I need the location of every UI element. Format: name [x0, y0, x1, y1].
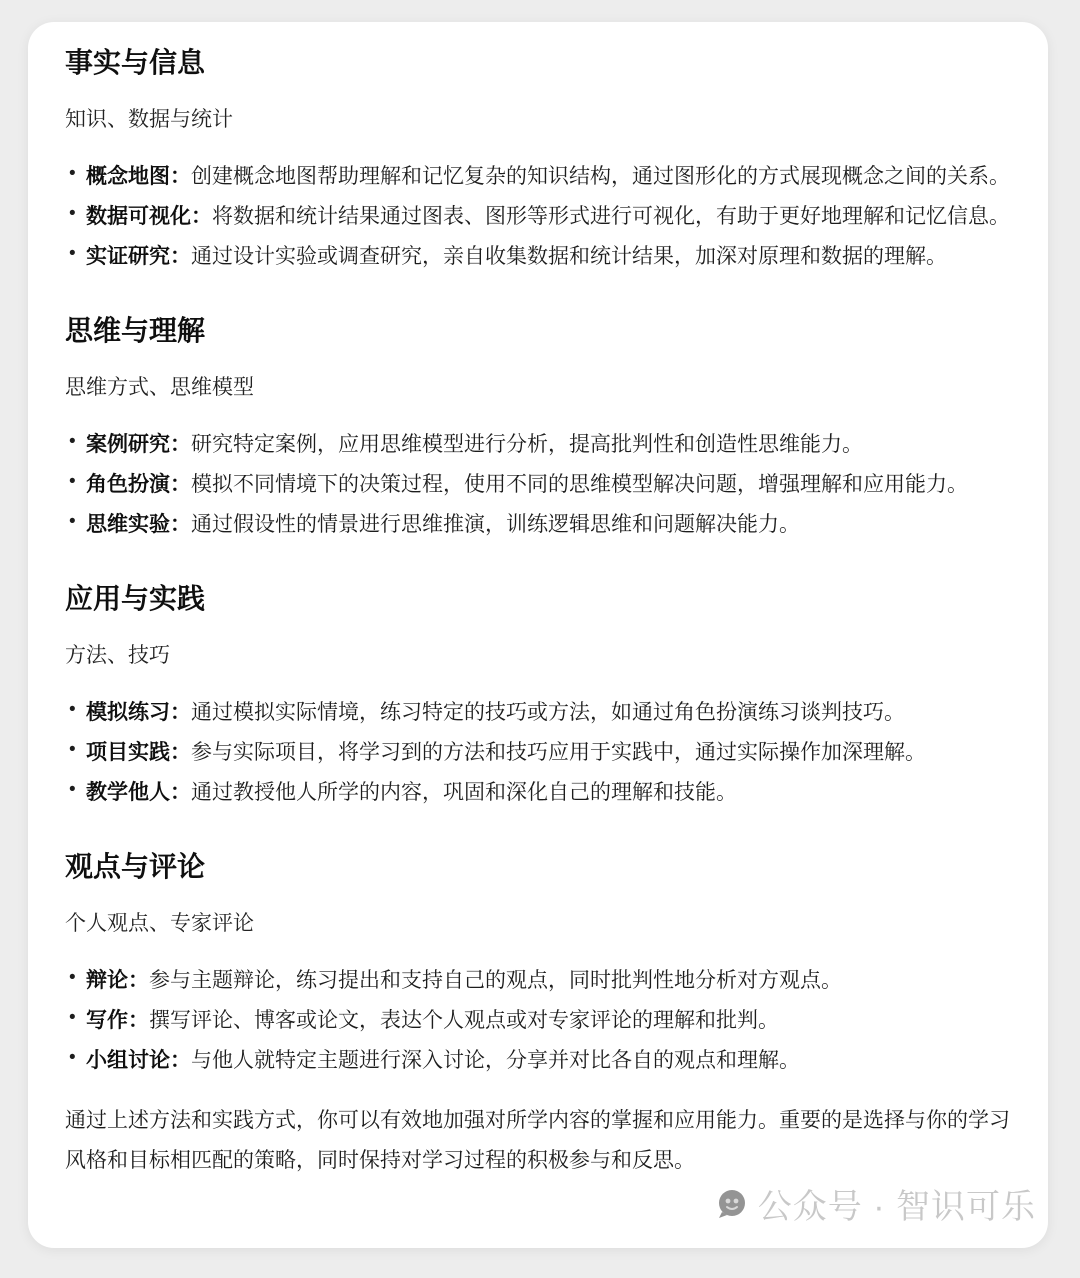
item-desc: 撰写评论、博客或论文，表达个人观点或对专家评论的理解和批判。 — [149, 1009, 779, 1032]
section-list: 辩论：参与主题辩论，练习提出和支持自己的观点，同时批判性地分析对方观点。写作：撰… — [65, 961, 1030, 1081]
sections-container: 事实与信息 知识、数据与统计 概念地图：创建概念地图帮助理解和记忆复杂的知识结构… — [65, 45, 1030, 1081]
item-term: 案例研究： — [86, 433, 191, 456]
chat-bubble-logo-icon — [716, 1188, 748, 1220]
item-desc: 模拟不同情境下的决策过程，使用不同的思维模型解决问题，增强理解和应用能力。 — [191, 473, 968, 496]
list-item: 写作：撰写评论、博客或论文，表达个人观点或对专家评论的理解和批判。 — [86, 1001, 1030, 1041]
item-desc: 参与主题辩论，练习提出和支持自己的观点，同时批判性地分析对方观点。 — [149, 969, 842, 992]
list-item: 教学他人：通过教授他人所学的内容，巩固和深化自己的理解和技能。 — [86, 773, 1030, 813]
closing-paragraph: 通过上述方法和实践方式，你可以有效地加强对所学内容的掌握和应用能力。重要的是选择… — [65, 1101, 1030, 1181]
list-item: 概念地图：创建概念地图帮助理解和记忆复杂的知识结构，通过图形化的方式展现概念之间… — [86, 157, 1030, 197]
item-term: 辩论： — [86, 969, 149, 992]
section-title: 应用与实践 — [65, 581, 1030, 617]
list-item: 项目实践：参与实际项目，将学习到的方法和技巧应用于实践中，通过实际操作加深理解。 — [86, 733, 1030, 773]
list-item: 实证研究：通过设计实验或调查研究，亲自收集数据和统计结果，加深对原理和数据的理解… — [86, 237, 1030, 277]
section-list: 概念地图：创建概念地图帮助理解和记忆复杂的知识结构，通过图形化的方式展现概念之间… — [65, 157, 1030, 277]
item-desc: 通过模拟实际情境，练习特定的技巧或方法，如通过角色扮演练习谈判技巧。 — [191, 701, 905, 724]
list-item: 数据可视化：将数据和统计结果通过图表、图形等形式进行可视化，有助于更好地理解和记… — [86, 197, 1030, 237]
section-list: 案例研究：研究特定案例，应用思维模型进行分析，提高批判性和创造性思维能力。角色扮… — [65, 425, 1030, 545]
list-item: 模拟练习：通过模拟实际情境，练习特定的技巧或方法，如通过角色扮演练习谈判技巧。 — [86, 693, 1030, 733]
item-desc: 将数据和统计结果通过图表、图形等形式进行可视化，有助于更好地理解和记忆信息。 — [212, 205, 1010, 228]
document-card: 事实与信息 知识、数据与统计 概念地图：创建概念地图帮助理解和记忆复杂的知识结构… — [28, 22, 1048, 1248]
list-item: 辩论：参与主题辩论，练习提出和支持自己的观点，同时批判性地分析对方观点。 — [86, 961, 1030, 1001]
item-desc: 通过设计实验或调查研究，亲自收集数据和统计结果，加深对原理和数据的理解。 — [191, 245, 947, 268]
section-list: 模拟练习：通过模拟实际情境，练习特定的技巧或方法，如通过角色扮演练习谈判技巧。项… — [65, 693, 1030, 813]
list-item: 案例研究：研究特定案例，应用思维模型进行分析，提高批判性和创造性思维能力。 — [86, 425, 1030, 465]
item-term: 概念地图： — [86, 165, 191, 188]
item-term: 实证研究： — [86, 245, 191, 268]
document-content: 事实与信息 知识、数据与统计 概念地图：创建概念地图帮助理解和记忆复杂的知识结构… — [28, 22, 1048, 1181]
section-title: 事实与信息 — [65, 45, 1030, 81]
item-desc: 研究特定案例，应用思维模型进行分析，提高批判性和创造性思维能力。 — [191, 433, 863, 456]
item-desc: 与他人就特定主题进行深入讨论，分享并对比各自的观点和理解。 — [191, 1049, 800, 1072]
section-subtitle: 思维方式、思维模型 — [65, 373, 1030, 403]
section-subtitle: 知识、数据与统计 — [65, 105, 1030, 135]
item-term: 思维实验： — [86, 513, 191, 536]
item-term: 角色扮演： — [86, 473, 191, 496]
item-term: 写作： — [86, 1009, 149, 1032]
item-term: 教学他人： — [86, 781, 191, 804]
list-item: 角色扮演：模拟不同情境下的决策过程，使用不同的思维模型解决问题，增强理解和应用能… — [86, 465, 1030, 505]
watermark-text: 公众号 · 智识可乐 — [758, 1179, 1036, 1228]
watermark: 公众号 · 智识可乐 — [716, 1179, 1036, 1228]
section-subtitle: 个人观点、专家评论 — [65, 909, 1030, 939]
list-item: 小组讨论：与他人就特定主题进行深入讨论，分享并对比各自的观点和理解。 — [86, 1041, 1030, 1081]
list-item: 思维实验：通过假设性的情景进行思维推演，训练逻辑思维和问题解决能力。 — [86, 505, 1030, 545]
section-subtitle: 方法、技巧 — [65, 641, 1030, 671]
item-term: 数据可视化： — [86, 205, 212, 228]
item-desc: 通过假设性的情景进行思维推演，训练逻辑思维和问题解决能力。 — [191, 513, 800, 536]
section: 观点与评论 个人观点、专家评论 辩论：参与主题辩论，练习提出和支持自己的观点，同… — [65, 849, 1030, 1081]
section-title: 思维与理解 — [65, 313, 1030, 349]
item-term: 项目实践： — [86, 741, 191, 764]
section-title: 观点与评论 — [65, 849, 1030, 885]
item-desc: 创建概念地图帮助理解和记忆复杂的知识结构，通过图形化的方式展现概念之间的关系。 — [191, 165, 1010, 188]
item-term: 模拟练习： — [86, 701, 191, 724]
section: 应用与实践 方法、技巧 模拟练习：通过模拟实际情境，练习特定的技巧或方法，如通过… — [65, 581, 1030, 813]
section: 事实与信息 知识、数据与统计 概念地图：创建概念地图帮助理解和记忆复杂的知识结构… — [65, 45, 1030, 277]
item-term: 小组讨论： — [86, 1049, 191, 1072]
item-desc: 参与实际项目，将学习到的方法和技巧应用于实践中，通过实际操作加深理解。 — [191, 741, 926, 764]
item-desc: 通过教授他人所学的内容，巩固和深化自己的理解和技能。 — [191, 781, 737, 804]
section: 思维与理解 思维方式、思维模型 案例研究：研究特定案例，应用思维模型进行分析，提… — [65, 313, 1030, 545]
